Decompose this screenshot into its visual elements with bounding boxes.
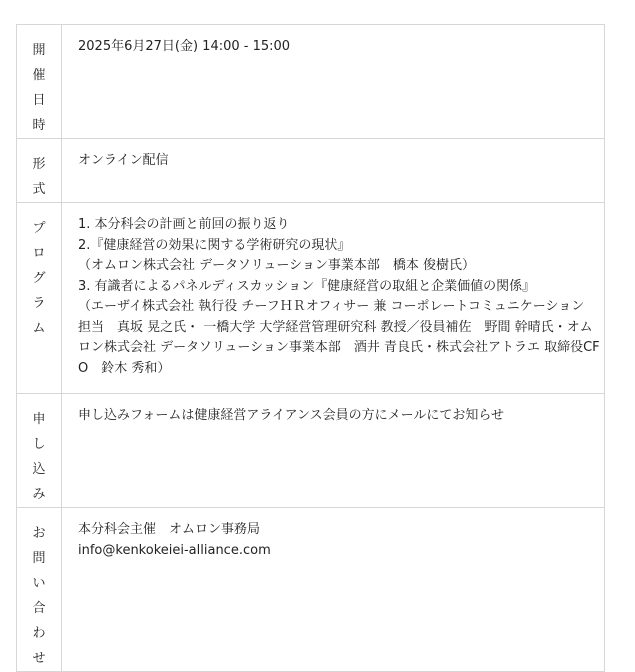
- event-info-table: 開 催 日 時 2025年6月27日(金) 14:00 - 15:00 形 式 …: [16, 24, 605, 672]
- program-item-2-speaker: （オムロン株式会社 データソリューション事業本部 橋本 俊樹氏）: [78, 256, 588, 277]
- label-contact: お 問 い 合 わ せ: [17, 508, 62, 672]
- row-program: プ ロ グ ラ ム 1. 本分科会の計画と前回の振り返り 2.『健康経営の効果に…: [17, 203, 605, 394]
- contact-email: info@kenkokeiei-alliance.com: [78, 541, 588, 562]
- program-item-3-panelists: 担当 真坂 晃之氏・ 一橋大学 大学経営管理研究科 教授／役員補佐 野間 幹晴氏…: [78, 318, 588, 339]
- label-char: 式: [17, 177, 61, 202]
- program-item-1: 1. 本分科会の計画と前回の振り返り: [78, 215, 588, 236]
- program-item-2: 2.『健康経営の効果に関する学術研究の現状』: [78, 236, 588, 257]
- label-date: 開 催 日 時: [17, 25, 62, 139]
- label-char: い: [17, 571, 61, 596]
- row-date: 開 催 日 時 2025年6月27日(金) 14:00 - 15:00: [17, 25, 605, 139]
- label-char: 催: [17, 63, 61, 88]
- value-contact: 本分科会主催 オムロン事務局 info@kenkokeiei-alliance.…: [62, 508, 605, 672]
- label-char: 開: [17, 38, 61, 63]
- label-application: 申 し 込 み: [17, 394, 62, 508]
- label-char: グ: [17, 266, 61, 291]
- label-char: 合: [17, 596, 61, 621]
- program-item-3-panelists: O 鈴木 秀和）: [78, 359, 588, 380]
- date-time-text: 2025年6月27日(金) 14:00 - 15:00: [78, 37, 588, 58]
- label-char: ラ: [17, 291, 61, 316]
- label-char: 形: [17, 152, 61, 177]
- label-program: プ ロ グ ラ ム: [17, 203, 62, 394]
- label-char: せ: [17, 646, 61, 671]
- value-date: 2025年6月27日(金) 14:00 - 15:00: [62, 25, 605, 139]
- label-char: わ: [17, 621, 61, 646]
- program-item-3-panelists: （エーザイ株式会社 執行役 チーフＨＲオフィサー 兼 コーポレートコミュニケーシ…: [78, 297, 588, 318]
- value-format: オンライン配信: [62, 139, 605, 203]
- row-format: 形 式 オンライン配信: [17, 139, 605, 203]
- row-application: 申 し 込 み 申し込みフォームは健康経営アライアンス会員の方にメールにてお知ら…: [17, 394, 605, 508]
- row-contact: お 問 い 合 わ せ 本分科会主催 オムロン事務局 info@kenkokei…: [17, 508, 605, 672]
- label-char: み: [17, 482, 61, 507]
- label-format: 形 式: [17, 139, 62, 203]
- value-program: 1. 本分科会の計画と前回の振り返り 2.『健康経営の効果に関する学術研究の現状…: [62, 203, 605, 394]
- label-char: プ: [17, 216, 61, 241]
- contact-organizer: 本分科会主催 オムロン事務局: [78, 520, 588, 541]
- label-char: し: [17, 432, 61, 457]
- label-char: 日: [17, 88, 61, 113]
- label-char: ム: [17, 316, 61, 341]
- value-application: 申し込みフォームは健康経営アライアンス会員の方にメールにてお知らせ: [62, 394, 605, 508]
- program-item-3: 3. 有識者によるパネルディスカッション『健康経営の取組と企業価値の関係』: [78, 277, 588, 298]
- label-char: お: [17, 521, 61, 546]
- label-char: 時: [17, 113, 61, 138]
- label-char: 申: [17, 407, 61, 432]
- label-char: 込: [17, 457, 61, 482]
- label-char: 問: [17, 546, 61, 571]
- label-char: ロ: [17, 241, 61, 266]
- application-text: 申し込みフォームは健康経営アライアンス会員の方にメールにてお知らせ: [78, 406, 588, 427]
- format-text: オンライン配信: [78, 151, 588, 172]
- program-item-3-panelists: ロン株式会社 データソリューション事業本部 酒井 青良氏・株式会社アトラエ 取締…: [78, 338, 588, 359]
